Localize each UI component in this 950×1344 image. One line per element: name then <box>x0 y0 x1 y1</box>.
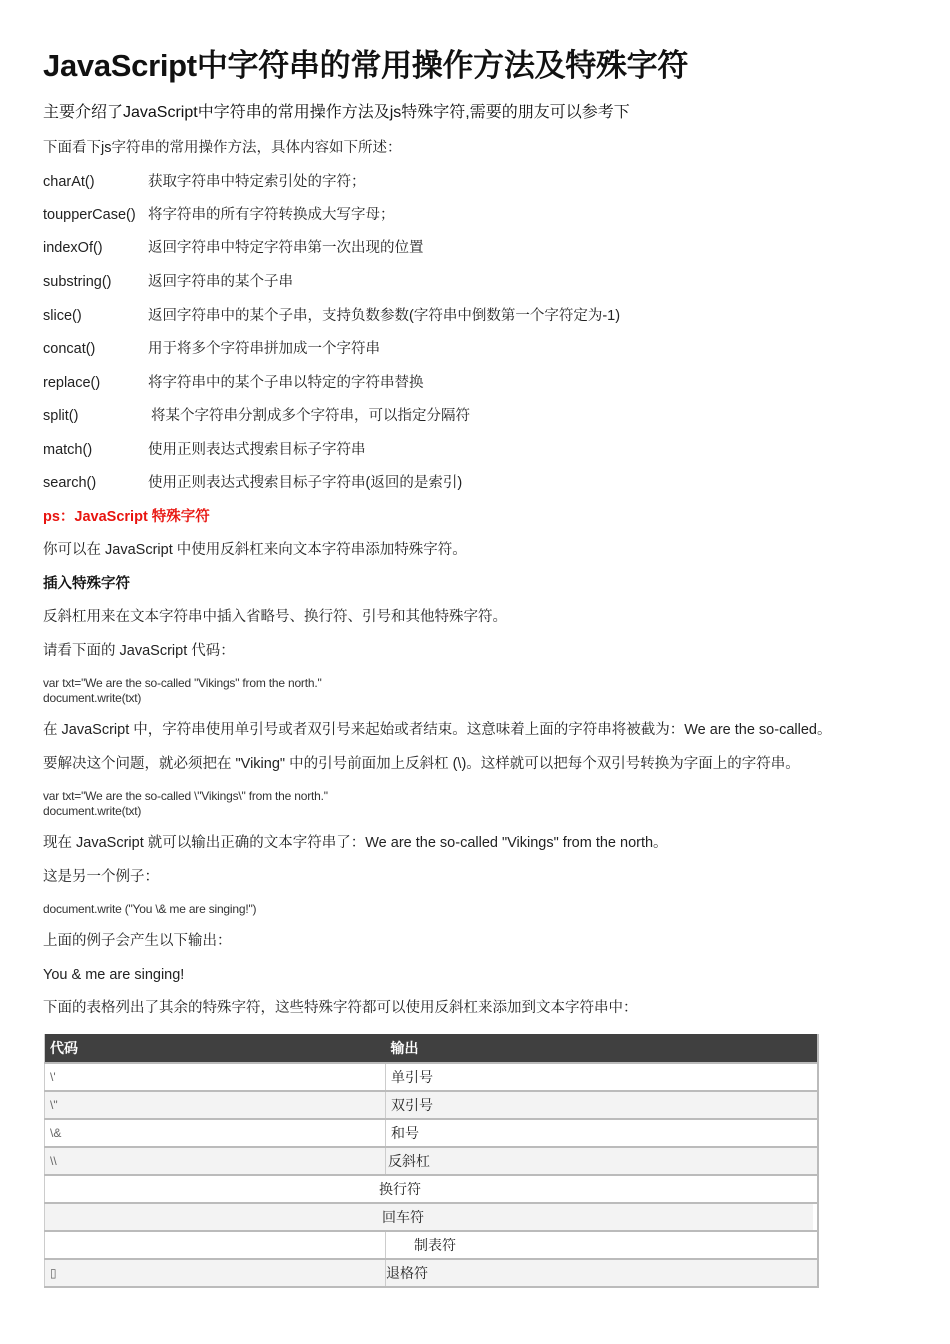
cell-code: \& <box>45 1119 386 1147</box>
method-item: charAt()获取字符串中特定索引处的字符； <box>43 172 366 192</box>
code-block-1: var txt="We are the so-called "Vikings" … <box>43 676 322 706</box>
method-name: indexOf() <box>43 238 148 258</box>
cell-output: 退格符 <box>386 1259 819 1287</box>
method-name: replace() <box>43 373 148 393</box>
table-row: \& 和号 <box>45 1119 819 1147</box>
cell-output: 和号 <box>386 1119 819 1147</box>
ps-heading: ps：JavaScript 特殊字符 <box>43 507 210 527</box>
method-item: slice()返回字符串中的某个子串，支持负数参数(字符串中倒数第一个字符定为-… <box>43 306 620 326</box>
method-item: substring()返回字符串的某个子串 <box>43 272 293 292</box>
another-example-text: 这是另一个例子： <box>43 867 159 887</box>
method-name: slice() <box>43 306 148 326</box>
method-desc: 返回字符串中特定字符串第一次出现的位置 <box>148 238 424 258</box>
code-line: var txt="We are the so-called "Vikings" … <box>43 676 322 691</box>
cell-output: 回车符 <box>382 1203 815 1231</box>
cell-code: \\ <box>45 1147 386 1175</box>
table-row: \\ 反斜杠 <box>45 1147 819 1175</box>
table-row: 换行符 <box>45 1175 819 1203</box>
method-item: concat()用于将多个字符串拼加成一个字符串 <box>43 339 380 359</box>
code-line: document.write(txt) <box>43 691 322 706</box>
code-line: var txt="We are the so-called \"Vikings\… <box>43 789 328 804</box>
method-name: charAt() <box>43 172 148 192</box>
method-desc: 用于将多个字符串拼加成一个字符串 <box>148 339 380 359</box>
method-desc: 返回字符串中的某个子串，支持负数参数(字符串中倒数第一个字符定为-1) <box>148 306 620 326</box>
method-name: search() <box>43 473 148 493</box>
column-header-output: 输出 <box>386 1034 819 1063</box>
cell-output: 反斜杠 <box>386 1147 819 1175</box>
intro-text: 下面看下js字符串的常用操作方法，具体内容如下所述： <box>43 138 401 158</box>
table-row: 回车符 <box>45 1203 819 1231</box>
table-row: \' 单引号 <box>45 1063 819 1091</box>
insert-desc: 反斜杠用来在文本字符串中插入省略号、换行符、引号和其他特殊字符。 <box>43 607 507 627</box>
method-name: match() <box>43 440 148 460</box>
method-item: search()使用正则表达式搜索目标子字符串(返回的是索引) <box>43 473 462 493</box>
article-subtitle: 主要介绍了JavaScript中字符串的常用操作方法及js特殊字符,需要的朋友可… <box>43 99 630 122</box>
see-code-text: 请看下面的 JavaScript 代码： <box>43 641 235 661</box>
method-item: toupperCase()将字符串的所有字符转换成大写字母； <box>43 205 395 225</box>
special-characters-table: 代码 输出 \' 单引号 \" 双引号 \& 和号 \\ 反斜杠 换行符 回车符 <box>44 1034 819 1288</box>
method-name: toupperCase() <box>43 205 148 225</box>
method-name: split() <box>43 406 148 426</box>
method-item: match()使用正则表达式搜索目标子字符串 <box>43 440 366 460</box>
method-desc: 使用正则表达式搜索目标子字符串(返回的是索引) <box>148 473 462 493</box>
code-line: document.write(txt) <box>43 804 328 819</box>
method-desc: 将某个字符串分割成多个字符串，可以指定分隔符 <box>148 406 470 426</box>
explain-text-1: 在 JavaScript 中，字符串使用单引号或者双引号来起始或者结束。这意味着… <box>43 720 831 740</box>
method-desc: 将字符串的所有字符转换成大写字母； <box>148 205 395 225</box>
method-name: substring() <box>43 272 148 292</box>
cell-output: 制表符 <box>386 1231 819 1259</box>
method-desc: 将字符串中的某个子串以特定的字符串替换 <box>148 373 424 393</box>
cell-code <box>45 1203 386 1231</box>
method-desc: 获取字符串中特定索引处的字符； <box>148 172 366 192</box>
table-header-row: 代码 输出 <box>45 1034 819 1063</box>
cell-code <box>45 1231 386 1259</box>
output-text: You & me are singing! <box>43 965 184 985</box>
cell-code <box>45 1175 386 1203</box>
cell-code: ▯ <box>45 1259 386 1287</box>
result-text: 现在 JavaScript 就可以输出正确的文本字符串了：We are the … <box>43 833 668 853</box>
page-title: JavaScript中字符串的常用操作方法及特殊字符 <box>43 40 688 85</box>
cell-output: 单引号 <box>386 1063 819 1091</box>
method-desc: 返回字符串的某个子串 <box>148 272 293 292</box>
cell-output: 换行符 <box>379 1175 812 1203</box>
explain-text-2: 要解决这个问题，就必须把在 "Viking" 中的引号前面加上反斜杠 (\)。这… <box>43 754 800 774</box>
table-row: \" 双引号 <box>45 1091 819 1119</box>
method-item: split()将某个字符串分割成多个字符串，可以指定分隔符 <box>43 406 470 426</box>
table-row: ▯ 退格符 <box>45 1259 819 1287</box>
output-intro-text: 上面的例子会产生以下输出： <box>43 931 232 951</box>
method-name: concat() <box>43 339 148 359</box>
ps-intro: 你可以在 JavaScript 中使用反斜杠来向文本字符串添加特殊字符。 <box>43 540 467 560</box>
code-block-3: document.write ("You \& me are singing!"… <box>43 902 256 917</box>
insert-heading: 插入特殊字符 <box>43 574 130 594</box>
table-row: 制表符 <box>45 1231 819 1259</box>
table-intro-text: 下面的表格列出了其余的特殊字符，这些特殊字符都可以使用反斜杠来添加到文本字符串中… <box>43 998 638 1018</box>
cell-code: \" <box>45 1091 386 1119</box>
cell-code: \' <box>45 1063 386 1091</box>
cell-output: 双引号 <box>386 1091 819 1119</box>
method-item: indexOf()返回字符串中特定字符串第一次出现的位置 <box>43 238 424 258</box>
method-item: replace()将字符串中的某个子串以特定的字符串替换 <box>43 373 424 393</box>
method-desc: 使用正则表达式搜索目标子字符串 <box>148 440 366 460</box>
column-header-code: 代码 <box>45 1034 386 1063</box>
code-block-2: var txt="We are the so-called \"Vikings\… <box>43 789 328 819</box>
